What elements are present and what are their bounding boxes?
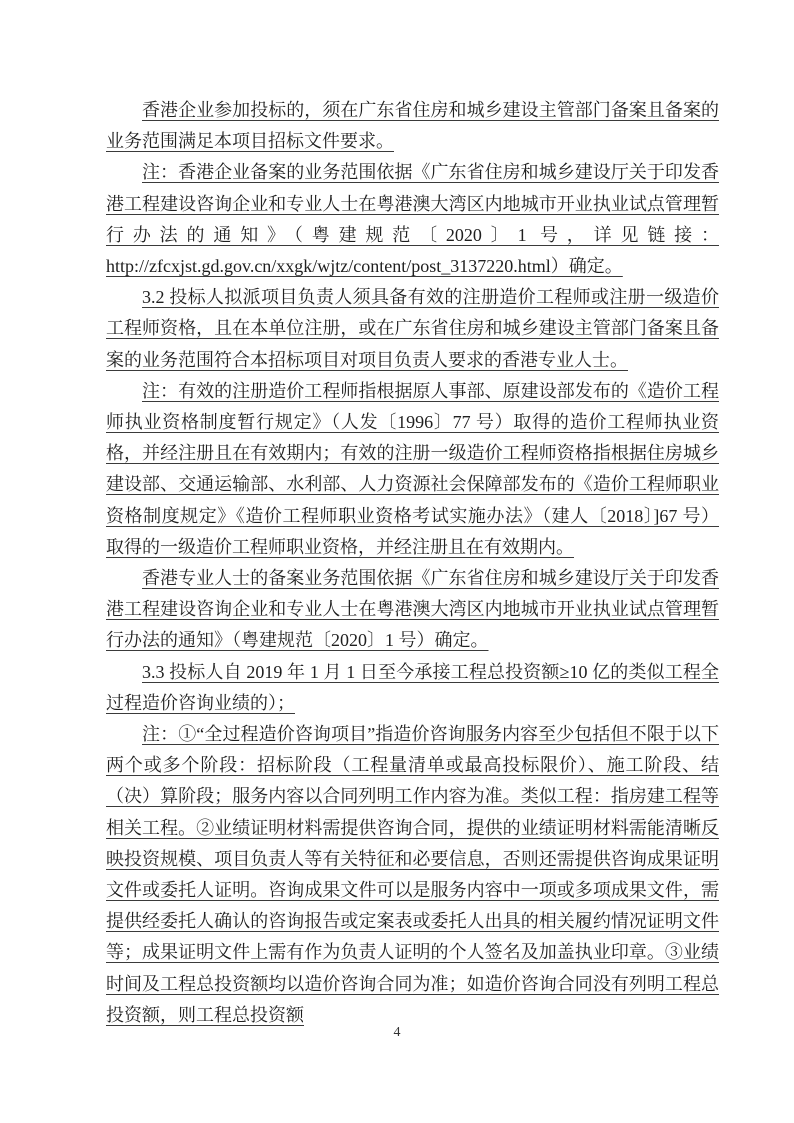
paragraph: 香港企业参加投标的，须在广东省住房和城乡建设主管部门备案且备案的业务范围满足本项… [106,95,719,157]
paragraph: 注：香港企业备案的业务范围依据《广东省住房和城乡建设厅关于印发香港工程建设咨询企… [106,157,719,282]
document-url: http://zfcxjst.gd.gov.cn/xxgk/wjtz/conte… [106,256,551,276]
paragraph: 3.2 投标人拟派项目负责人须具备有效的注册造价工程师或注册一级造价工程师资格，… [106,282,719,376]
paragraph: 注：①“全过程造价咨询项目”指造价咨询服务内容至少包括但不限于以下两个或多个阶段… [106,719,719,1031]
paragraph: 注：有效的注册造价工程师指根据原人事部、原建设部发布的《造价工程师执业资格制度暂… [106,376,719,563]
paragraph: 香港专业人士的备案业务范围依据《广东省住房和城乡建设厅关于印发香港工程建设咨询企… [106,563,719,657]
page-number: 4 [0,1024,794,1042]
document-page: 香港企业参加投标的，须在广东省住房和城乡建设主管部门备案且备案的业务范围满足本项… [0,0,794,1123]
document-body: 香港企业参加投标的，须在广东省住房和城乡建设主管部门备案且备案的业务范围满足本项… [106,95,719,1031]
paragraph: 3.3 投标人自 2019 年 1 月 1 日至今承接工程总投资额≥10 亿的类… [106,657,719,719]
